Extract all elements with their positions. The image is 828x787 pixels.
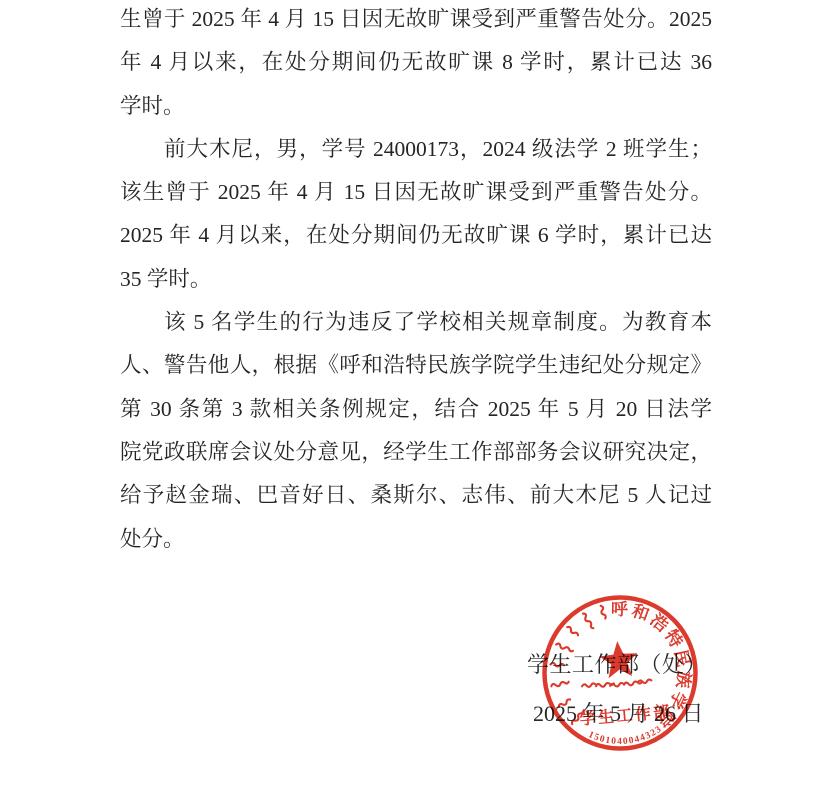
body-line: 院党政联席会议处分意见，经学生工作部部务会议研究决定，	[120, 431, 712, 474]
body-line: 2025 年 4 月以来，在处分期间仍无故旷课 6 学时，累计已达	[120, 214, 712, 257]
document-page: 生曾于 2025 年 4 月 15 日因无故旷课受到严重警告处分。2025 年 …	[0, 0, 828, 787]
body-line: 给予赵金瑞、巴音好日、桑斯尔、志伟、前大木尼 5 人记过	[120, 474, 712, 517]
body-line: 第 30 条第 3 款相关条例规定，结合 2025 年 5 月 20 日法学	[120, 388, 712, 431]
body-line: 该 5 名学生的行为违反了学校相关规章制度。为教育本	[120, 301, 712, 344]
body-line: 该生曾于 2025 年 4 月 15 日因无故旷课受到严重警告处分。	[120, 171, 712, 214]
official-seal: 呼和浩特民族学院 学生工作部 1501040044323	[535, 588, 705, 758]
mongolian-script-row	[582, 678, 652, 689]
seal-ring	[545, 598, 696, 749]
red-star-icon	[598, 639, 639, 678]
document-body: 生曾于 2025 年 4 月 15 日因无故旷课受到严重警告处分。2025 年 …	[120, 0, 712, 561]
body-line: 35 学时。	[120, 258, 712, 301]
body-line: 生曾于 2025 年 4 月 15 日因无故旷课受到严重警告处分。2025	[120, 0, 712, 41]
body-line: 年 4 月以来，在处分期间仍无故旷课 8 学时，累计已达 36	[120, 41, 712, 84]
body-line: 人、警告他人，根据《呼和浩特民族学院学生违纪处分规定》	[120, 344, 712, 387]
body-line: 处分。	[120, 518, 712, 561]
body-line: 学时。	[120, 85, 712, 128]
body-line: 前大木尼，男，学号 24000173，2024 级法学 2 班学生；	[120, 128, 712, 171]
